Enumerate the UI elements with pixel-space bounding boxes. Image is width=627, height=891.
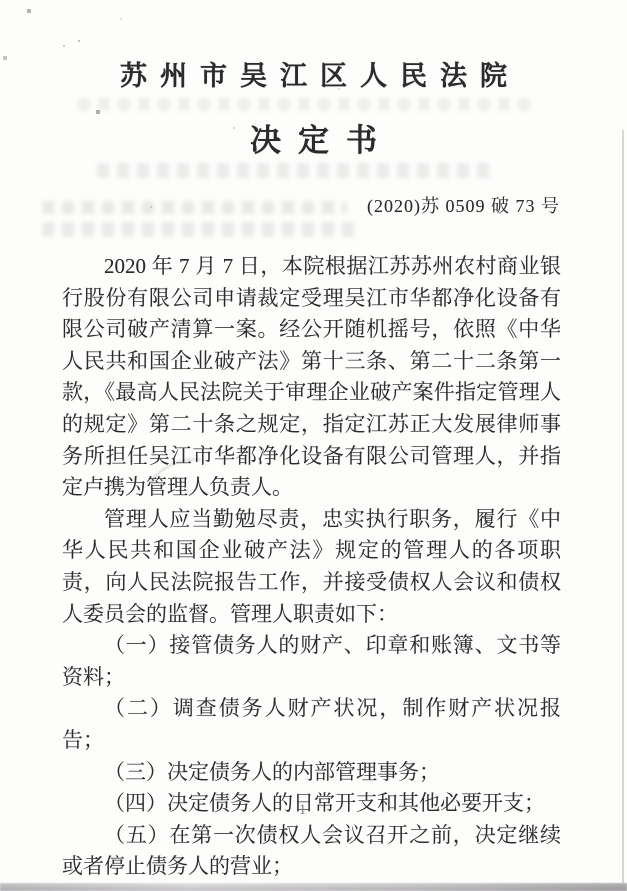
duty-item: （五）在第一次债权人会议召开之前，决定继续或者停止债务人的营业； (62, 820, 561, 883)
case-number: (2020)苏 0509 破 73 号 (367, 192, 560, 218)
duty-item: （二）调查债务人财产状况，制作财产状况报告； (62, 693, 561, 756)
body-paragraph: 管理人应当勤勉尽责，忠实执行职务，履行《中华人民共和国企业破产法》规定的管理人的… (62, 504, 561, 630)
document-body: 2020 年 7 月 7 日，本院根据江苏苏州农村商业银行股份有限公司申请裁定受… (62, 251, 561, 883)
page-number: 1 (0, 802, 605, 819)
duty-item: （三）决定债务人的内部管理事务； (62, 757, 561, 789)
ink-bleed-smudge (42, 222, 357, 237)
ink-bleed-smudge (78, 98, 533, 111)
scan-speckles (0, 0, 2, 2)
document-title: 决定书 (0, 115, 627, 160)
ink-bleed-smudge (42, 201, 347, 214)
scan-edge-bottom (0, 883, 627, 891)
scanned-document-page: 苏州市吴江区人民法院 决定书 (2020)苏 0509 破 73 号 2020 … (0, 0, 627, 891)
scan-edge-right (622, 130, 624, 883)
duty-item: （一）接管债务人的财产、印章和账簿、文书等资料； (62, 630, 561, 693)
court-name: 苏州市吴江区人民法院 (0, 54, 627, 93)
body-paragraph: 2020 年 7 月 7 日，本院根据江苏苏州农村商业银行股份有限公司申请裁定受… (62, 251, 561, 504)
ink-bleed-smudge (97, 163, 497, 178)
